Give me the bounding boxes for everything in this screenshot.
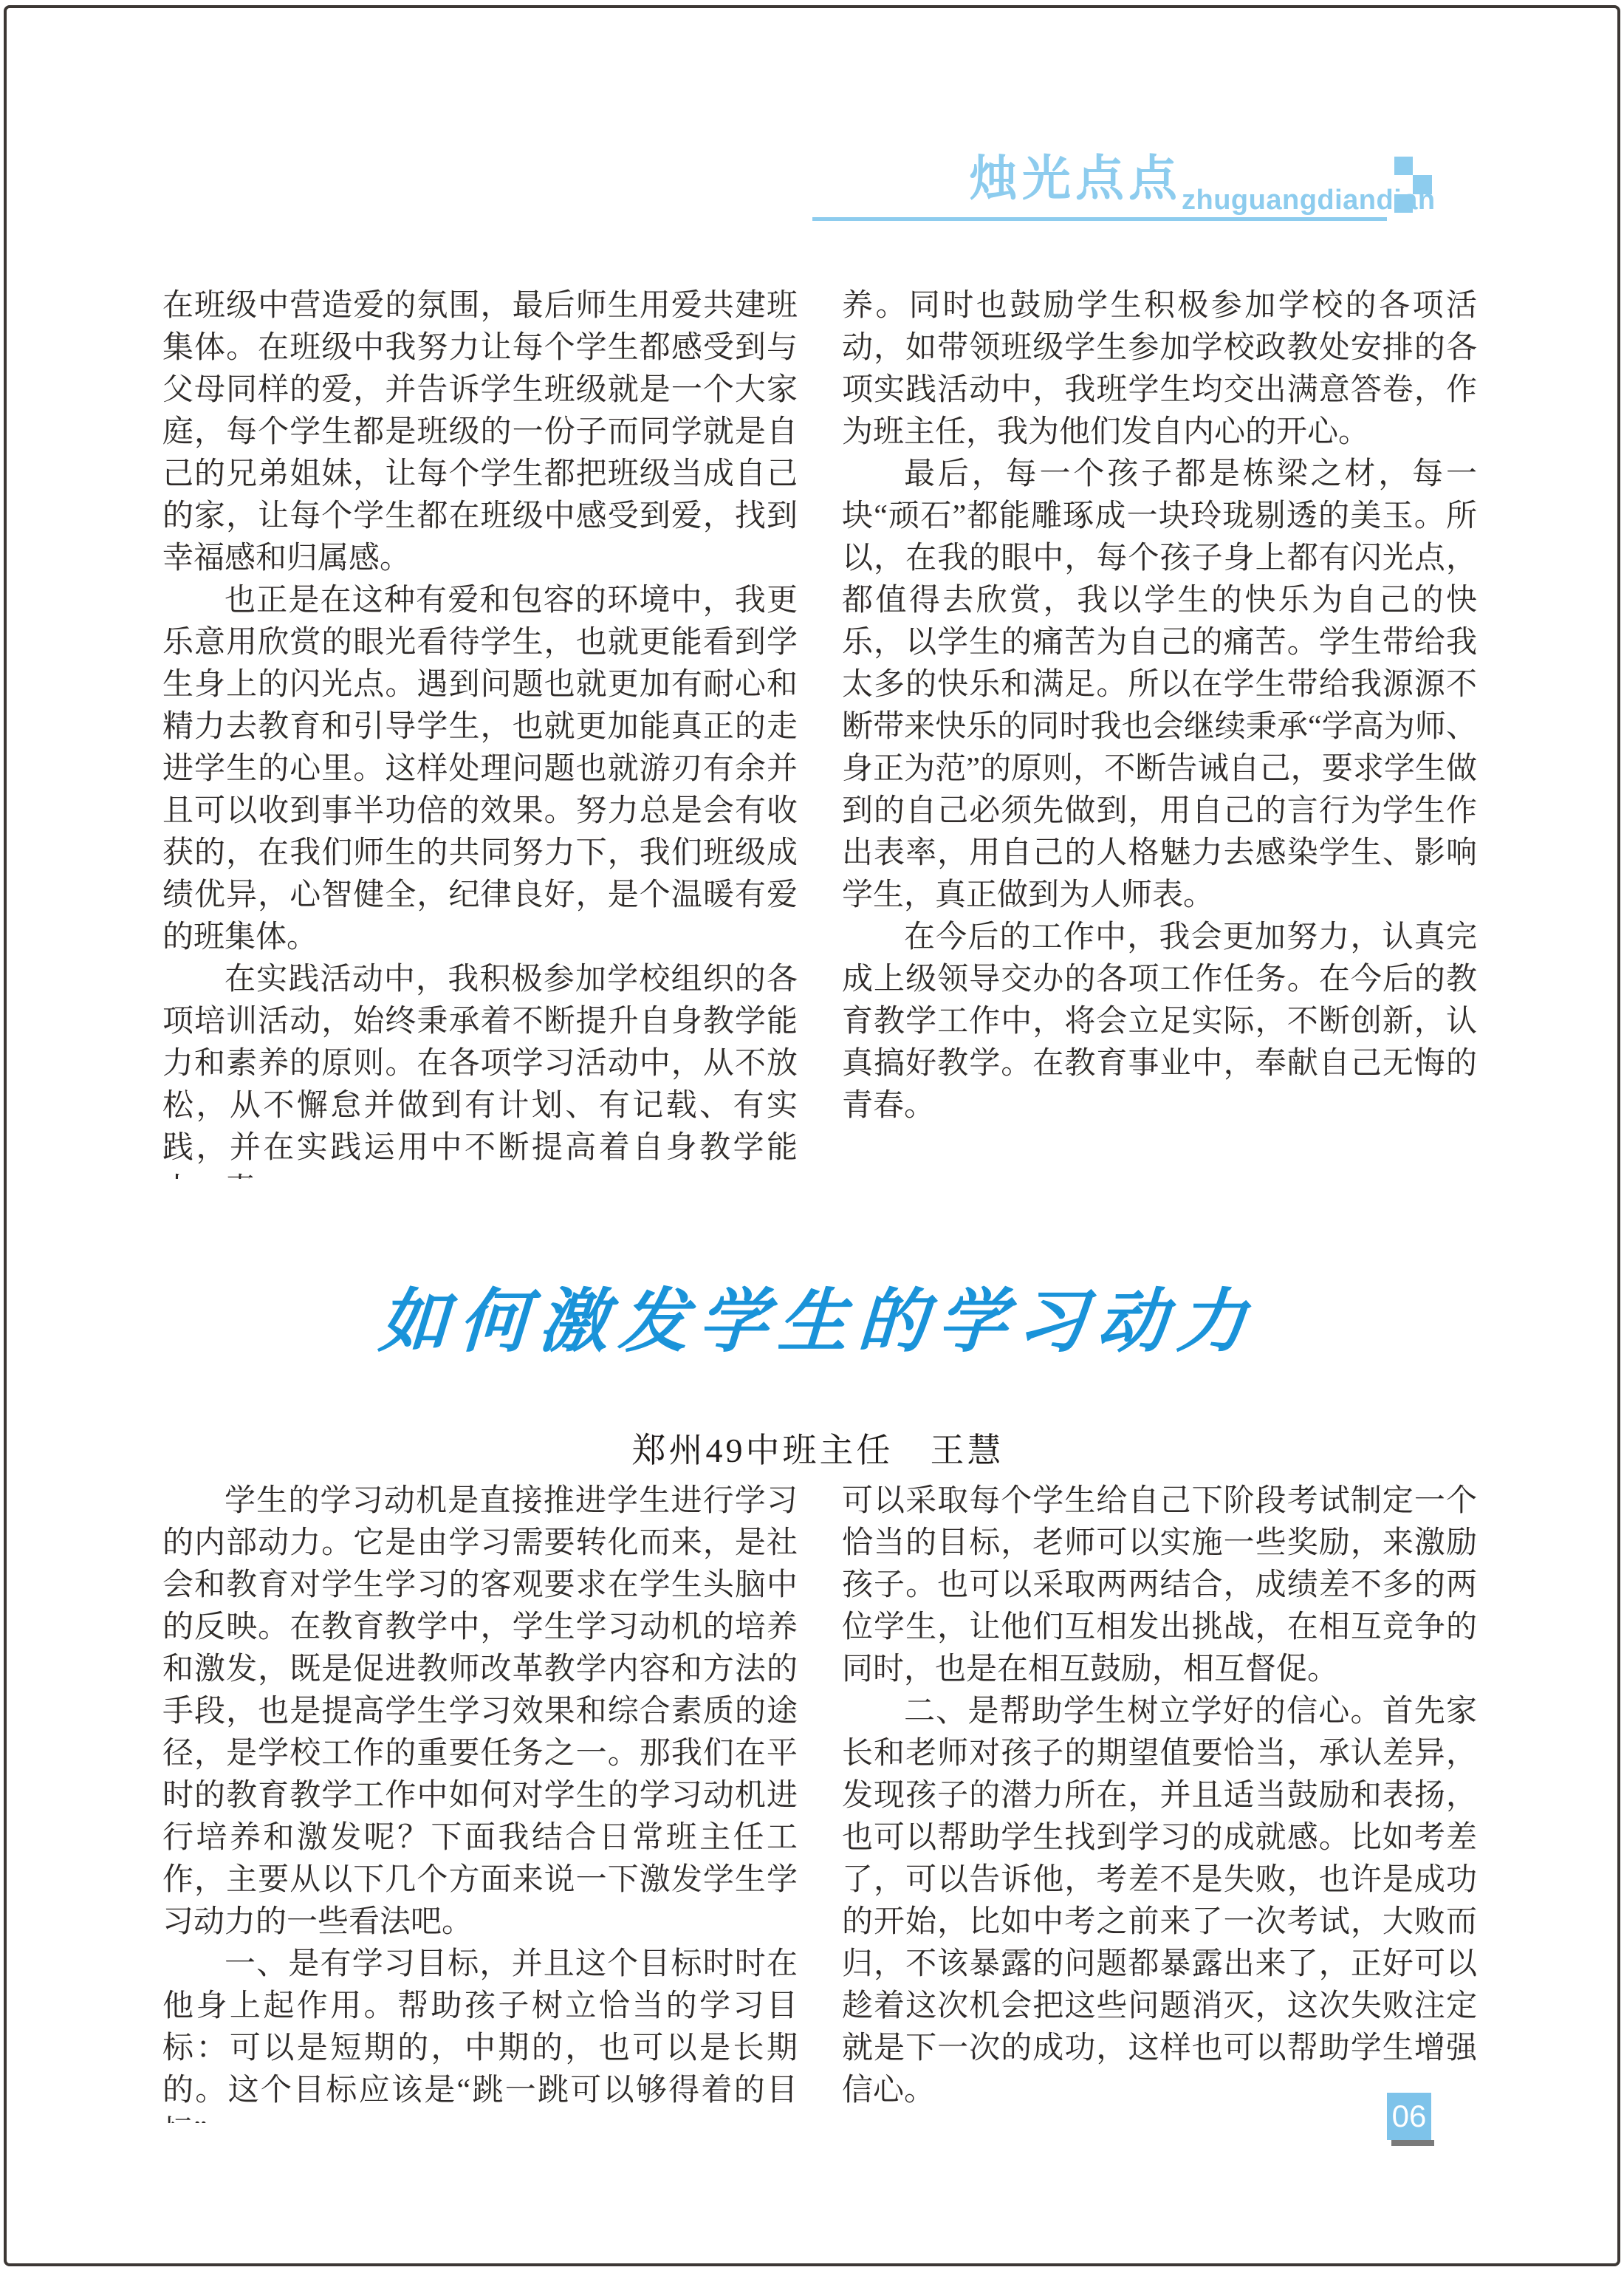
paragraph: 最后，每一个孩子都是栋梁之材，每一块“顽石”都能雕琢成一块玲珑剔透的美玉。所以，… — [842, 454, 1477, 917]
article2-left-column: 学生的学习动机是直接推进学生进行学习的内部动力。它是由学习需要转化而来，是社会和… — [162, 1480, 798, 2123]
decorative-square-icon — [1394, 194, 1413, 213]
header-underline — [812, 217, 1387, 221]
journal-page: 烛光点点 zhuguangdiandian 在班级中营造爱的氛围，最后师生用爱共… — [0, 0, 1624, 2270]
paragraph: 可以采取每个学生给自己下阶段考试制定一个恰当的目标，老师可以实施一些奖励，来激励… — [842, 1480, 1477, 1691]
article2-right-column: 可以采取每个学生给自己下阶段考试制定一个恰当的目标，老师可以实施一些奖励，来激励… — [842, 1480, 1477, 2123]
article1-right-column: 养。同时也鼓励学生积极参加学校的各项活动，如带领班级学生参加学校政教处安排的各项… — [842, 285, 1477, 1142]
page-number-badge: 06 — [1387, 2093, 1431, 2140]
paragraph: 在今后的工作中，我会更加努力，认真完成上级领导交办的各项工作任务。在今后的教育教… — [842, 917, 1477, 1127]
paragraph: 也正是在这种有爱和包容的环境中，我更乐意用欣赏的眼光看待学生，也就更能看到学生身… — [162, 580, 798, 959]
paragraph: 一、是有学习目标，并且这个目标时时在他身上起作用。帮助孩子树立恰当的学习目标：可… — [162, 1943, 798, 2123]
article2-author-byline: 郑州49中班主任 王慧 — [0, 1430, 1624, 1471]
page-number-shadow — [1391, 2140, 1434, 2146]
decorative-square-icon — [1413, 175, 1432, 194]
article1-left-column: 在班级中营造爱的氛围，最后师生用爱共建班集体。在班级中我努力让每个学生都感受到与… — [162, 285, 798, 1179]
paragraph: 学生的学习动机是直接推进学生进行学习的内部动力。它是由学习需要转化而来，是社会和… — [162, 1480, 798, 1943]
decorative-square-icon — [1394, 157, 1413, 175]
article2-title: 如何激发学生的学习动力 — [0, 1282, 1624, 1363]
paragraph: 养。同时也鼓励学生积极参加学校的各项活动，如带领班级学生参加学校政教处安排的各项… — [842, 285, 1477, 454]
paragraph: 在实践活动中，我积极参加学校组织的各项培训活动，始终秉承着不断提升自身教学能力和… — [162, 959, 798, 1179]
paragraph: 在班级中营造爱的氛围，最后师生用爱共建班集体。在班级中我努力让每个学生都感受到与… — [162, 285, 798, 580]
paragraph: 二、是帮助学生树立学好的信心。首先家长和老师对孩子的期望值要恰当，承认差异，发现… — [842, 1691, 1477, 2112]
column-header-logo: 烛光点点 — [969, 154, 1182, 202]
